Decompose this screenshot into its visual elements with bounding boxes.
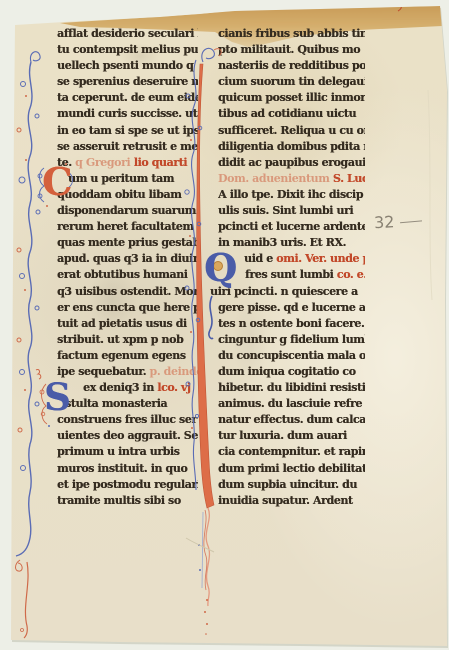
body-text: tuit ad pietatis usus di [57,317,187,330]
body-text: du concupiscentia mala opmit [218,349,365,362]
rubric-text: S. Lucam [333,172,365,185]
body-text: factum egenum egens [57,349,186,362]
body-text: se asseruit retrusit e me [57,140,198,153]
body-text: cianis fribus sub abbis tin [218,27,365,40]
rubric-text: p. deinde. [150,365,198,378]
text-line: afflat desiderio seculari hit [57,26,198,42]
body-text: dum iniqua cogitatio co [218,365,356,378]
body-text: primum u intra urbis [57,445,179,458]
text-line: natur effectus. dum calca [218,412,365,428]
text-line: gere pisse. qd e lucerne arce [218,300,365,316]
text-line: cianis fribus sub abbis tin [218,26,365,42]
text-line: in manib3 uris. Et RX. [218,235,365,251]
body-text: uellech psenti mundo q [57,59,193,72]
text-line: disponendarum suarum [57,203,198,219]
body-text: q3 uisibus ostendit. Mor- [57,285,198,298]
body-text: uientes deo aggrauit. Se [57,429,198,442]
text-line: pcincti et lucerne ardentes [218,219,365,235]
body-text: sufficeret. Reliqua u cu omi [218,124,365,137]
text-line: tur luxuria. dum auari [218,428,365,444]
text-line: in eo tam si spe se ut ipse de [57,123,198,139]
text-line: mundi curis succisse. ut [57,106,198,122]
text-line: factum egenum egens [57,348,198,364]
body-text: diligentia domibus pdita ne [218,140,365,153]
text-line: primum u intra urbis [57,444,198,460]
text-line: tu contempsit melius putauet [57,42,198,58]
body-text: uid e [244,252,276,265]
text-line: quicum posset illic inmora [218,90,365,106]
rubric-text: Dom. aduenientum [218,172,333,185]
text-line: fres sunt lumbi co. e. l. [245,267,365,283]
rubric-text: q Gregori [75,156,134,169]
body-text: cium suorum tin delegauit [218,75,365,88]
rubric-text: lco. vj [157,381,190,394]
text-line: apud. quas q3 ia in diuini [57,251,198,267]
text-line: quoddam obitu libam [57,187,198,203]
body-text: quoddam obitu libam [57,188,181,201]
text-line: construens fres illuc ser [57,412,198,428]
text-line: diligentia domibus pdita ne [218,139,365,155]
body-text: apud. quas q3 ia in diuini [57,252,198,265]
text-line: cium suorum tin delegauit [218,74,365,90]
pencil-dash [400,220,422,223]
text-line: Dom. aduenientum S. Lucam [218,171,365,187]
body-text: tramite multis sibi so [57,494,181,507]
rubric-text: co. e. l. [337,268,365,281]
text-line: animus. du lasciuie refre [218,396,365,412]
text-line: sufficeret. Reliqua u cu omi [218,123,365,139]
folio-number-pencil: 32 [374,211,423,233]
text-line: dum iniqua cogitatio co [218,364,365,380]
body-text: muros instituit. in quo [57,462,187,475]
body-text: stribuit. ut xpm p nob [57,333,183,346]
left-margin-penwork-border [16,52,41,638]
text-line: quas mente prius gestabat [57,235,198,251]
text-line: stulta monasteria [65,396,198,412]
text-line: pto militauit. Quibus mo [218,42,365,58]
body-text: A illo tpe. Dixit ihc discip [218,188,363,201]
text-line: hibetur. du libidini resistit [218,380,365,396]
body-text: cinguntur g fidelium lumbi [218,333,365,346]
body-text: in manib3 uris. Et RX. [218,236,346,249]
text-line: rerum heret facultatem [57,219,198,235]
body-text: quicum posset illic inmora [218,91,365,104]
text-line: se asseruit retrusit e me [57,139,198,155]
body-text: nasteriis de redditibus por [218,59,365,72]
text-line: tes n ostente boni facere. Pre [218,316,365,332]
body-text: tibus ad cotidianu uictu [218,107,356,120]
body-text: didit ac paupibus erogauit. [218,156,365,169]
body-text: tes n ostente boni facere. Pre [218,317,365,330]
body-text: construens fres illuc ser [57,413,197,426]
initial-letter-c: C [42,163,72,201]
body-text: hibetur. du libidini resistit [218,381,365,394]
initial-letter-s: S [44,379,71,416]
text-line: dum supbia uincitur. du [218,477,365,493]
folio-number: 32 [374,212,395,232]
text-line: nasteriis de redditibus por [218,58,365,74]
text-line: ta ceperunt. de eum eidem [57,90,198,106]
body-text: pto militauit. Quibus mo [218,43,360,56]
body-text: afflat desiderio seculari hit [57,27,198,40]
text-line: erat obtutibus humani [57,267,198,283]
body-text: fres sunt lumbi [245,268,337,281]
body-text: gere pisse. qd e lucerne arce [218,301,365,314]
body-text: er ens cuncta que here po [57,301,198,314]
text-line: tuit ad pietatis usus di [57,316,198,332]
text-line: inuidia supatur. Ardent [218,493,365,509]
body-text: ulis suis. Sint lumbi uri [218,204,353,217]
rubric-text: omi. Ver. unde ps. [276,252,365,265]
body-text: erat obtutibus humani [57,268,187,281]
parchment-leaf: afflat desiderio seculari hittu contemps… [0,0,449,650]
body-text: mundi curis succisse. ut [57,107,197,120]
text-line: A illo tpe. Dixit ihc discip [218,187,365,203]
body-text: quas mente prius gestabat [57,236,198,249]
text-line: q3 uisibus ostendit. Mor- [57,284,198,300]
body-text: in eo tam si spe se ut ipse de [57,124,198,137]
body-text: stulta monasteria [65,397,167,410]
text-line: didit ac paupibus erogauit. [218,155,365,171]
text-line: cinguntur g fidelium lumbi [218,332,365,348]
body-text: tu contempsit melius putauet [57,43,198,56]
body-text: um u peritum tam [68,172,174,185]
body-text: et ipe postmodu regulari [57,478,198,491]
text-line: muros instituit. in quo [57,461,198,477]
body-text: animus. du lasciuie refre [218,397,362,410]
body-text: rerum heret facultatem [57,220,194,233]
text-line: cia contempnitur. et rapina [218,444,365,460]
initial-letter-q: Q [204,249,237,287]
body-text: ta ceperunt. de eum eidem [57,91,198,104]
body-text: cia contempnitur. et rapina [218,445,365,458]
body-text: se sperenius deseruire ml [57,75,198,88]
text-line: tramite multis sibi so [57,493,198,509]
body-text: inuidia supatur. Ardent [218,494,353,507]
column-divider-tail [198,508,209,635]
text-line: tibus ad cotidianu uictu [218,106,365,122]
text-line: ex deniq3 in lco. vj [83,380,198,396]
text-line: dum primi lectio debilitat. [218,461,365,477]
text-line: um u peritum tam [68,171,198,187]
text-column-right: cianis fribus sub abbis tinpto militauit… [218,26,365,512]
text-line: se sperenius deseruire ml [57,74,198,90]
text-line: ipe sequebatur. p. deinde. [57,364,198,380]
text-line: er ens cuncta que here po [57,300,198,316]
body-text: dum supbia uincitur. du [218,478,357,491]
body-text: ipe sequebatur. [57,365,150,378]
scanned-manuscript-page: afflat desiderio seculari hittu contemps… [0,0,449,650]
rubric-text: lio quarti [134,156,187,169]
text-line: stribuit. ut xpm p nob [57,332,198,348]
text-line: uellech psenti mundo q [57,58,198,74]
body-text: dum primi lectio debilitat. [218,462,365,475]
text-line: et ipe postmodu regulari [57,477,198,493]
body-text: tur luxuria. dum auari [218,429,347,442]
text-line: uid e omi. Ver. unde ps. [244,251,365,267]
text-line: du concupiscentia mala opmit [218,348,365,364]
body-text: disponendarum suarum [57,204,196,217]
text-line: uientes deo aggrauit. Se [57,428,198,444]
text-column-left: afflat desiderio seculari hittu contemps… [57,26,198,512]
body-text: pcincti et lucerne ardentes [218,220,365,233]
text-line: te. q Gregori lio quarti [57,155,198,171]
body-text: ex deniq3 in [83,381,157,394]
body-text: natur effectus. dum calca [218,413,365,426]
text-line: ulis suis. Sint lumbi uri [218,203,365,219]
